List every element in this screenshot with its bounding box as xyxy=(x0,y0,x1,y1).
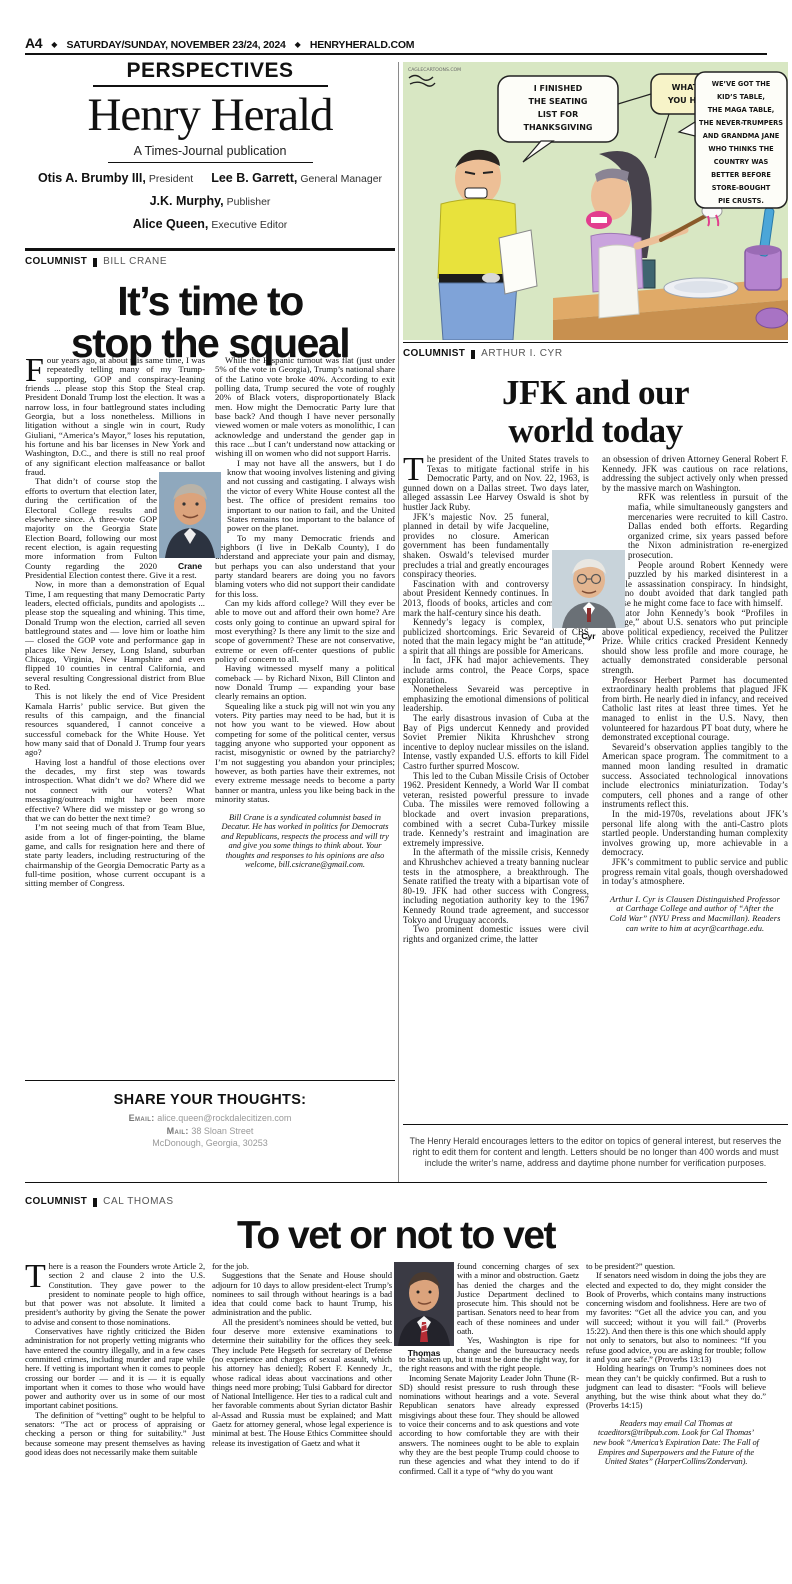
crane-columns: Four years ago, at about this same time,… xyxy=(25,356,395,1072)
staff-member: Lee B. Garrett,General Manager xyxy=(211,169,382,187)
masthead-tagline: A Times-Journal publication xyxy=(25,144,395,158)
pot-rim xyxy=(746,245,780,255)
bubble-line: I FINISHED xyxy=(534,84,583,93)
paragraph: This is not likely the end of Vice Presi… xyxy=(25,692,205,757)
crane-photo xyxy=(159,472,221,558)
paragraph: In the mid-1970s, revelations about JFK’… xyxy=(602,810,788,858)
cyr-photo xyxy=(552,550,625,628)
paragraph-group: an obsession of driven Attorney General … xyxy=(602,455,788,493)
cyr-headline: JFK and our world today xyxy=(403,374,788,450)
share-email-line: Email: alice.queen@rockdalecitizen.com xyxy=(25,1112,395,1124)
columnist-bio: Arthur I. Cyr is Clausen Distinguished P… xyxy=(602,895,788,933)
paragraph-group: While the Hispanic turnout was flat (jus… xyxy=(215,356,395,459)
email-label: Email: xyxy=(129,1113,155,1123)
letters-policy-note: The Henry Herald encourages letters to t… xyxy=(403,1136,788,1169)
columnist-bio: Readers may email Cal Thomas at tcaedito… xyxy=(586,1419,766,1467)
paragraph: Nonetheless Sevareid was perceptive in e… xyxy=(403,685,589,714)
paragraph: Now, in more than a demonstration of Equ… xyxy=(25,580,205,692)
staff-name: Lee B. Garrett, xyxy=(211,171,297,185)
paragraph: People around Robert Kennedy were puzzle… xyxy=(602,561,788,609)
masthead-rule xyxy=(25,248,395,251)
cartoon-rule xyxy=(403,342,788,343)
paragraph: If senators need wisdom in doing the job… xyxy=(586,1271,766,1364)
staff-role: Publisher xyxy=(227,196,271,208)
photo-caption: Cyr xyxy=(552,631,625,641)
columnist-name: BILL CRANE xyxy=(103,256,167,268)
woman-apron xyxy=(599,245,639,318)
staff-member: Otis A. Brumby III,President xyxy=(38,169,193,187)
paragraph: Senator John Kennedy’s book “Profiles in… xyxy=(602,609,788,676)
cyr-article: COLUMNIST ARTHUR I. CYR JFK and our worl… xyxy=(403,348,788,1124)
cartoon-credit: CAGLECARTOONS.COM xyxy=(408,67,461,73)
thomas-headline: To vet or not to vet xyxy=(25,1216,767,1256)
bubble-line: THANKSGIVING xyxy=(524,123,593,132)
bubble-line: AND GRANDMA JANE xyxy=(703,132,780,140)
paragraph-group: The president of the United States trave… xyxy=(403,455,589,513)
paragraph: While the Hispanic turnout was flat (jus… xyxy=(215,356,395,459)
article-column: for the job. Suggestions that the Senate… xyxy=(212,1262,392,1558)
paragraph-group: Four years ago, at about this same time,… xyxy=(25,356,205,477)
kicker-bar-icon xyxy=(93,258,97,267)
section-rule xyxy=(93,85,328,87)
woman-teeth xyxy=(591,217,607,223)
tagline-rule xyxy=(108,162,313,163)
paragraph: In the aftermath of the missile crisis, … xyxy=(403,848,589,925)
paragraph: To my many Democratic friends and neighb… xyxy=(215,534,395,599)
paragraph: The president of the United States trave… xyxy=(403,455,589,513)
man-eye xyxy=(483,172,493,173)
column-divider xyxy=(398,62,399,1182)
diamond-separator-icon: ◆ xyxy=(51,40,57,49)
paragraph: Two prominent domestic issues were civil… xyxy=(403,925,589,944)
staff-name: J.K. Murphy, xyxy=(150,194,224,208)
edition-date: SATURDAY/SUNDAY, NOVEMBER 23/24, 2024 xyxy=(66,39,285,51)
mail-label: Mail: xyxy=(167,1126,189,1136)
columnist-bio: Bill Crane is a syndicated columnist bas… xyxy=(215,813,395,871)
paragraph: Having lost a handful of those elections… xyxy=(25,758,205,823)
pie-dish-inner xyxy=(674,281,728,293)
mail-address: 38 Sloan Street xyxy=(191,1126,253,1136)
seating-list-paper xyxy=(499,230,537,294)
paragraph: Incoming Senate Majority Leader John Thu… xyxy=(399,1374,579,1476)
paragraph: RFK was relentless in pursuit of the maf… xyxy=(602,493,788,560)
paragraph: JFK’s commitment to public service and p… xyxy=(602,858,788,887)
staff-row: Otis A. Brumby III,President Lee B. Garr… xyxy=(25,169,395,187)
portrait-eye xyxy=(182,502,185,505)
bubble-line: BETTER BEFORE xyxy=(711,171,771,179)
bubble-line: LIST FOR xyxy=(538,110,579,119)
portrait-tie xyxy=(587,608,591,622)
crane-headline: It’s time to stop the squeal xyxy=(25,280,395,364)
thomas-article: COLUMNIST CAL THOMAS To vet or not to ve… xyxy=(25,1196,767,1568)
article-column: Four years ago, at about this same time,… xyxy=(25,356,205,1072)
thomas-photo xyxy=(394,1262,454,1346)
staff-name: Otis A. Brumby III, xyxy=(38,171,146,185)
columnist-name: CAL THOMAS xyxy=(103,1196,173,1208)
bubble-line: THE SEATING xyxy=(529,97,588,106)
kicker-bar-icon xyxy=(471,350,475,359)
paragraph: an obsession of driven Attorney General … xyxy=(602,455,788,493)
bubble-line: WHO THINKS THE xyxy=(708,145,774,153)
paragraph-group: RFK was relentless in pursuit of the maf… xyxy=(602,493,788,886)
editorial-cartoon: I FINISHED THE SEATING LIST FOR THANKSGI… xyxy=(403,62,788,340)
kicker-label: COLUMNIST xyxy=(25,256,87,268)
header-rule xyxy=(25,53,767,55)
paragraph: Four years ago, at about this same time,… xyxy=(25,356,205,477)
email-address: alice.queen@rockdalecitizen.com xyxy=(157,1113,291,1123)
kicker-label: COLUMNIST xyxy=(403,348,465,360)
bubble-line: THE NEVER-TRUMPERS xyxy=(699,119,783,127)
kicker-label: COLUMNIST xyxy=(25,1196,87,1208)
crane-kicker: COLUMNIST BILL CRANE xyxy=(25,256,395,268)
staff-row: Alice Queen,Executive Editor xyxy=(25,215,395,233)
paragraph: I may not have all the answers, but I do… xyxy=(215,459,395,534)
staff-role: General Manager xyxy=(300,173,382,185)
paragraph: There is a reason the Founders wrote Art… xyxy=(25,1262,205,1327)
portrait-eye xyxy=(417,1291,420,1294)
paragraph: I’m not seeing much of that from Team Bl… xyxy=(25,823,205,888)
newspaper-title: Henry Herald xyxy=(25,89,395,141)
cyr-bottom-rule xyxy=(403,1124,788,1125)
share-heading: SHARE YOUR THOUGHTS: xyxy=(25,1092,395,1108)
kicker-bar-icon xyxy=(93,1198,97,1207)
paragraph: Can my kids afford college? Will they ev… xyxy=(215,599,395,664)
paragraph: All the president’s nominees should be v… xyxy=(212,1318,392,1448)
bubble-line: PIE CRUSTS. xyxy=(718,197,764,205)
page-number: A4 xyxy=(25,36,42,50)
man-mouth xyxy=(465,188,487,198)
headline-line: It’s time to xyxy=(25,280,395,322)
share-your-thoughts-box: SHARE YOUR THOUGHTS: Email: alice.queen@… xyxy=(25,1092,395,1149)
purple-bowl xyxy=(756,308,788,328)
paragraph: Suggestions that the Senate and House sh… xyxy=(212,1271,392,1317)
paragraph-group: If senators need wisdom in doing the job… xyxy=(586,1271,766,1410)
page-header: A4 ◆ SATURDAY/SUNDAY, NOVEMBER 23/24, 20… xyxy=(25,36,767,51)
newspaper-page: A4 ◆ SATURDAY/SUNDAY, NOVEMBER 23/24, 20… xyxy=(0,0,792,1584)
paragraph-group: I may not have all the answers, but I do… xyxy=(215,459,395,805)
photo-caption: Crane xyxy=(159,561,221,571)
paragraph: Squealing like a stuck pig will not win … xyxy=(215,702,395,805)
staff-row: J.K. Murphy,Publisher xyxy=(25,192,395,210)
belt-buckle xyxy=(482,273,500,283)
bubble-line: STORE-BOUGHT xyxy=(712,184,771,192)
staff-name: Alice Queen, xyxy=(133,217,209,231)
paragraph: Holding hearings on Trump’s nominees doe… xyxy=(586,1364,766,1410)
paragraph: This led to the Cuban Missile Crisis of … xyxy=(403,772,589,849)
thomas-kicker: COLUMNIST CAL THOMAS xyxy=(25,1196,767,1208)
article-column: to be president?” question. If senators … xyxy=(586,1262,766,1558)
paragraph: The early disastrous invasion of Cuba at… xyxy=(403,714,589,772)
website-url: HENRYHERALD.COM xyxy=(310,39,415,51)
bubble-line: KID’S TABLE, xyxy=(717,93,765,101)
portrait-eye xyxy=(429,1291,432,1294)
paragraph-group: There is a reason the Founders wrote Art… xyxy=(25,1262,205,1327)
paragraph: Sevareid’s observation applies tangibly … xyxy=(602,743,788,810)
section-divider-rule xyxy=(25,1182,767,1183)
paragraph: The definition of “vetting” ought to be … xyxy=(25,1411,205,1457)
paragraph: Professor Herbert Parmet has documented … xyxy=(602,676,788,743)
bubble-line: WE’VE GOT THE xyxy=(712,80,771,88)
staff-role: President xyxy=(149,173,193,185)
staff-role: Executive Editor xyxy=(211,219,287,231)
headline-line: world today xyxy=(403,412,788,450)
columnist-name: ARTHUR I. CYR xyxy=(481,348,563,360)
cyr-kicker: COLUMNIST ARTHUR I. CYR xyxy=(403,348,788,360)
mail-address-city: McDonough, Georgia, 30253 xyxy=(25,1137,395,1149)
portrait-eye xyxy=(195,502,198,505)
article-column: an obsession of driven Attorney General … xyxy=(602,455,788,1121)
bubble-line: COUNTRY WAS xyxy=(714,158,769,166)
paragraph: In fact, JFK had major achievements. The… xyxy=(403,656,589,685)
staff-member: J.K. Murphy,Publisher xyxy=(150,192,271,210)
staff-member: Alice Queen,Executive Editor xyxy=(133,215,288,233)
paragraph: Having witnessed myself many a political… xyxy=(215,664,395,701)
crane-article: COLUMNIST BILL CRANE It’s time to stop t… xyxy=(25,256,395,1080)
headline-line: JFK and our xyxy=(403,374,788,412)
paragraph-group: Suggestions that the Senate and House sh… xyxy=(212,1271,392,1448)
masthead: PERSPECTIVES Henry Herald A Times-Journa… xyxy=(25,60,395,233)
article-column: There is a reason the Founders wrote Art… xyxy=(25,1262,205,1558)
section-title: PERSPECTIVES xyxy=(25,60,395,82)
bubble-line: THE MAGA TABLE, xyxy=(708,106,775,114)
article-column: While the Hispanic turnout was flat (jus… xyxy=(215,356,395,1072)
share-mail-line: Mail: 38 Sloan Street xyxy=(25,1125,395,1137)
crane-bottom-rule xyxy=(25,1080,395,1081)
paragraph: Conservatives have rightly criticized th… xyxy=(25,1327,205,1411)
paragraph-group: Conservatives have rightly criticized th… xyxy=(25,1327,205,1457)
photo-caption: Thomas xyxy=(394,1348,454,1358)
diamond-separator-icon: ◆ xyxy=(295,40,301,49)
